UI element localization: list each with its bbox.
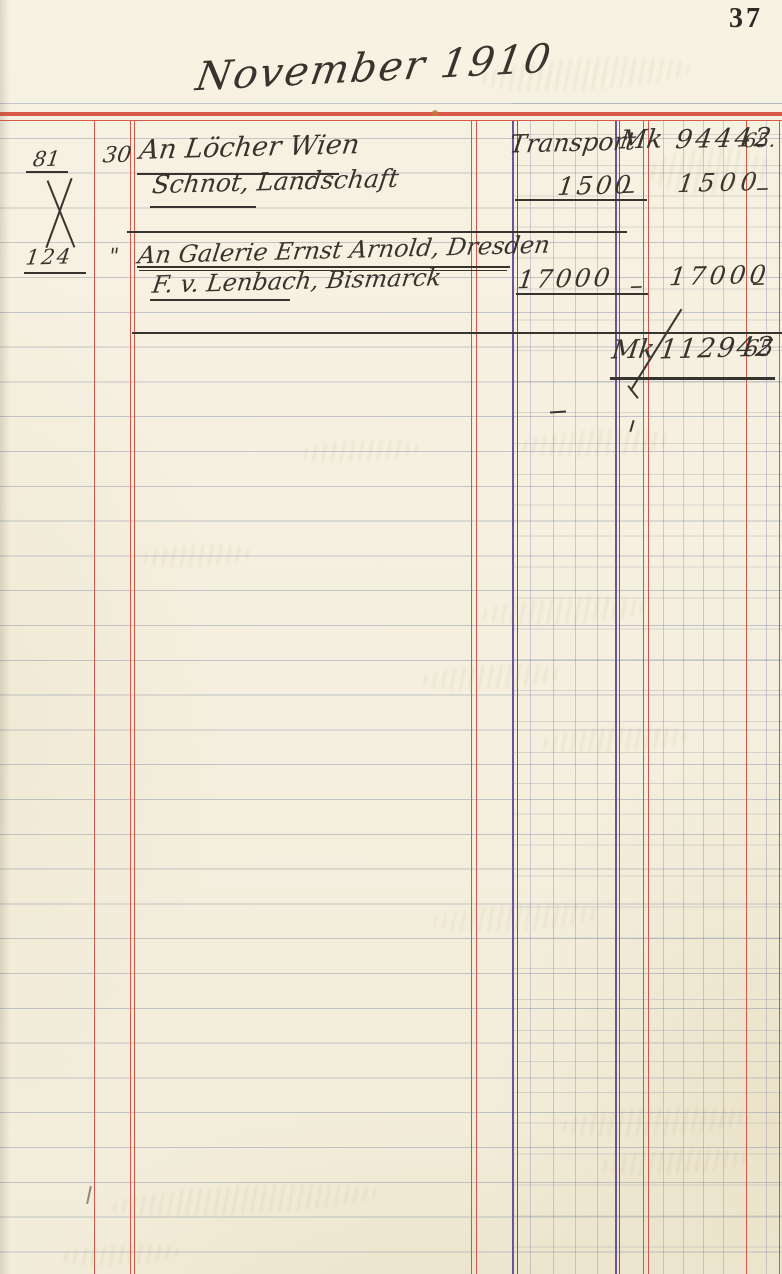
vertical-red-rule xyxy=(134,121,135,1274)
vertical-red-rule xyxy=(130,121,131,1274)
amount-underline xyxy=(516,293,648,295)
entry-description: An Löcher Wien xyxy=(138,131,361,164)
detail-underline xyxy=(150,206,256,208)
page-edge-shadow xyxy=(0,0,10,1274)
grid-line xyxy=(663,121,664,1274)
total-cents: 65 xyxy=(742,338,774,362)
ledger-page: 37 November 1910 Transport Mk 94442 65. … xyxy=(0,0,782,1274)
entry-number-underline xyxy=(24,272,86,274)
grid-line xyxy=(703,121,704,1274)
vertical-red-rule xyxy=(94,121,95,1274)
entry-day: 30 xyxy=(101,145,132,168)
total-underline xyxy=(610,377,775,380)
entry-separator-line xyxy=(127,231,627,233)
page-number: 37 xyxy=(729,5,763,33)
transport-cents: 65. xyxy=(743,130,778,151)
vertical-red-rule xyxy=(746,121,747,1274)
red-header-rule-thick xyxy=(0,112,782,116)
amount-underline xyxy=(515,199,647,201)
vertical-red-rule xyxy=(476,121,477,1274)
red-header-rule-thin xyxy=(0,120,782,122)
entry-number: 124 xyxy=(25,246,74,268)
detail-underline xyxy=(150,299,290,301)
entry-detail: F. v. Lenbach, Bismarck xyxy=(151,265,443,297)
entry-number: 81 xyxy=(32,149,62,171)
ink-spot xyxy=(432,110,438,116)
vertical-red-rule xyxy=(471,121,472,1274)
entry-detail: Schnot, Landschaft xyxy=(151,166,400,197)
vertical-purple-rule xyxy=(512,121,514,1274)
vertical-red-rule xyxy=(779,121,780,1274)
grid-line xyxy=(683,121,684,1274)
entry-amount-col1: 17000 xyxy=(516,265,614,292)
grid-line xyxy=(723,121,724,1274)
entry-number-underline xyxy=(26,171,68,173)
transport-currency: Mk xyxy=(618,126,664,153)
grid-line xyxy=(766,121,767,1274)
